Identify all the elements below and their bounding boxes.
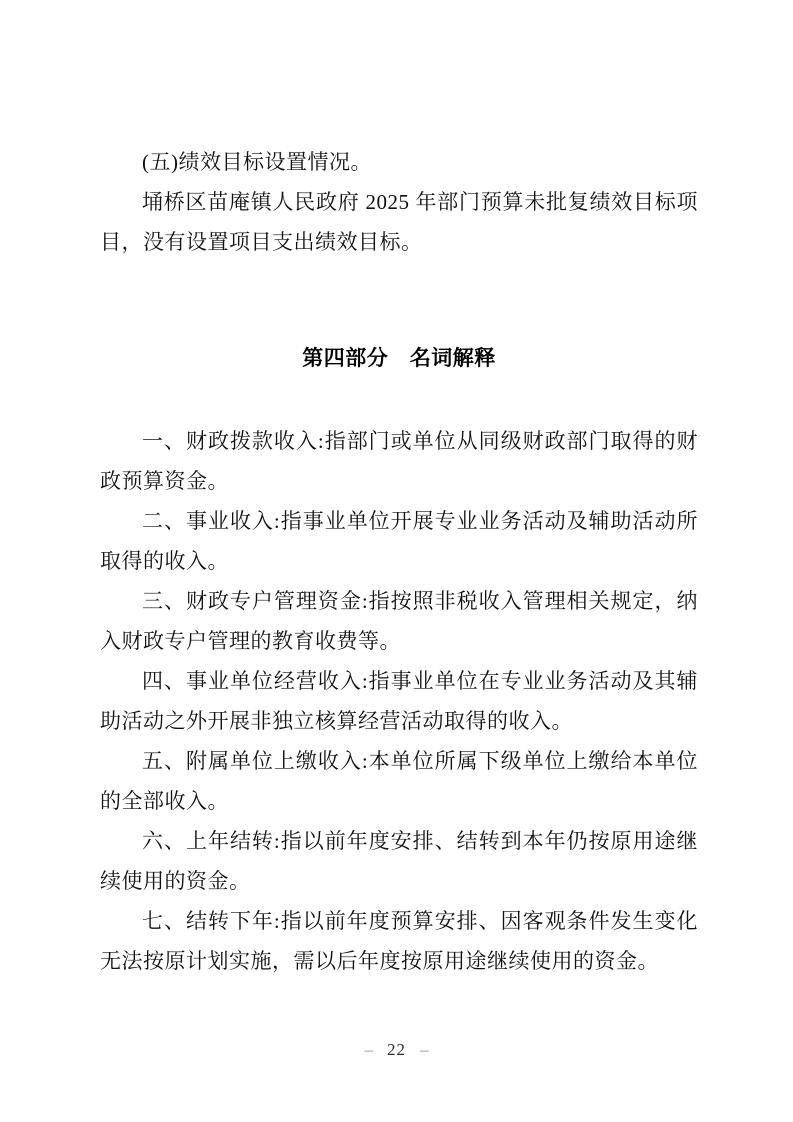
term-definition-carryover-from-previous-year: 六、上年结转:指以前年度安排、结转到本年仍按原用途继续使用的资金。 (100, 821, 698, 901)
footer-dash-left: – (365, 1040, 374, 1059)
term-definition-operating-income: 二、事业收入:指事业单位开展专业业务活动及辅助活动所取得的收入。 (100, 501, 698, 581)
page-footer: –22– (0, 1040, 793, 1060)
document-page: (五)绩效目标设置情况。 埇桥区苗庵镇人民政府 2025 年部门预算未批复绩效目… (0, 0, 793, 1122)
page-number: 22 (387, 1040, 406, 1059)
footer-dash-right: – (420, 1040, 429, 1059)
term-definition-subordinate-unit-remitted-income: 五、附属单位上缴收入:本单位所属下级单位上缴给本单位的全部收入。 (100, 741, 698, 821)
term-definition-business-unit-operating-income: 四、事业单位经营收入:指事业单位在专业业务活动及其辅助活动之外开展非独立核算经营… (100, 661, 698, 741)
page-content: (五)绩效目标设置情况。 埇桥区苗庵镇人民政府 2025 年部门预算未批复绩效目… (0, 0, 793, 981)
section-title: 第四部分 名词解释 (100, 344, 698, 374)
term-definition-carryover-to-next-year: 七、结转下年:指以前年度预算安排、因客观条件发生变化无法按原计划实施，需以后年度… (100, 901, 698, 981)
term-definition-fiscal-appropriation-income: 一、财政拨款收入:指部门或单位从同级财政部门取得的财政预算资金。 (100, 421, 698, 501)
intro-item-heading: (五)绩效目标设置情况。 (100, 142, 698, 182)
term-definition-special-fiscal-account-funds: 三、财政专户管理资金:指按照非税收入管理相关规定，纳入财政专户管理的教育收费等。 (100, 581, 698, 661)
intro-paragraph: 埇桥区苗庵镇人民政府 2025 年部门预算未批复绩效目标项目，没有设置项目支出绩… (100, 182, 698, 262)
